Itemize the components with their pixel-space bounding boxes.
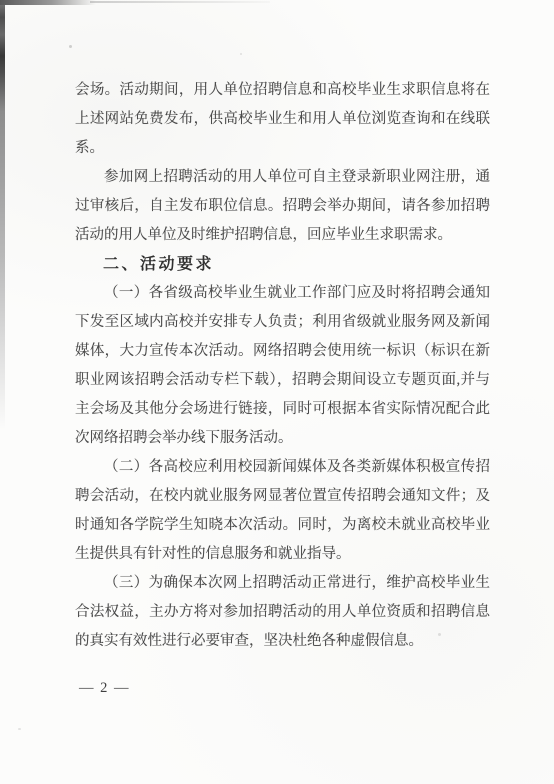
paragraph: （二）各高校应利用校园新闻媒体及各类新媒体积极宣传招聘会活动，在校内就业服务网显…: [75, 453, 490, 569]
scan-speck: [240, 53, 242, 55]
scan-speck: [438, 633, 441, 636]
scan-edge-artifact-top: [0, 0, 96, 5]
scan-edge-artifact-left: [0, 0, 5, 430]
text-line: 主会场及其他分会场进行链接，同时可根据本省实际情况配合此: [75, 395, 490, 424]
text-line: 次网络招聘会举办线下服务活动。: [75, 424, 490, 453]
text-line: 过审核后，自主发布职位信息。招聘会举办期间，请各参加招聘: [75, 192, 490, 221]
paragraph: （一）各省级高校毕业生就业工作部门应及时将招聘会通知下发至区域内高校并安排专人负…: [75, 279, 490, 453]
text-line: 活动的用人单位及时维护招聘信息，回应毕业生求职需求。: [75, 221, 490, 250]
paragraph: 参加网上招聘活动的用人单位可自主登录新职业网注册，通过审核后，自主发布职位信息。…: [75, 163, 490, 250]
scan-speck: [18, 728, 21, 730]
text-line: 合法权益，主办方将对参加招聘活动的用人单位资质和招聘信息: [75, 598, 490, 627]
paragraph: （三）为确保本次网上招聘活动正常进行，维护高校毕业生合法权益，主办方将对参加招聘…: [75, 569, 490, 656]
document-text-block: 会场。活动期间，用人单位招聘信息和高校毕业生求职信息将在上述网站免费发布，供高校…: [75, 76, 490, 656]
text-line: 上述网站免费发布，供高校毕业生和用人单位浏览查询和在线联: [75, 105, 490, 134]
text-line: 生提供具有针对性的信息服务和就业指导。: [75, 540, 490, 569]
text-line: 职业网该招聘会活动专栏下载），招聘会期间设立专题页面,并与: [75, 366, 490, 395]
text-line: 的真实有效性进行必要审查，坚决杜绝各种虚假信息。: [75, 627, 490, 656]
text-line: （三）为确保本次网上招聘活动正常进行，维护高校毕业生: [75, 569, 490, 598]
text-line: 参加网上招聘活动的用人单位可自主登录新职业网注册，通: [75, 163, 490, 192]
text-line: 媒体，大力宣传本次活动。网络招聘会使用统一标识（标识在新: [75, 337, 490, 366]
heading-text: 二、活动要求: [75, 250, 490, 279]
scan-speck: [69, 45, 72, 48]
text-line: 下发至区域内高校并安排专人负责；利用省级就业服务网及新闻: [75, 308, 490, 337]
text-line: （二）各高校应利用校园新闻媒体及各类新媒体积极宣传招: [75, 453, 490, 482]
text-line: 系。: [75, 134, 490, 163]
section-heading: 二、活动要求: [75, 250, 490, 279]
text-line: 会场。活动期间，用人单位招聘信息和高校毕业生求职信息将在: [75, 76, 490, 105]
scan-edge-artifact-top-extension: [90, 1, 270, 3]
text-line: 时通知各学院学生知晓本次活动。同时，为离校未就业高校毕业: [75, 511, 490, 540]
paragraph: 会场。活动期间，用人单位招聘信息和高校毕业生求职信息将在上述网站免费发布，供高校…: [75, 76, 490, 163]
page-number: — 2 —: [79, 680, 130, 697]
text-line: 聘会活动，在校内就业服务网显著位置宣传招聘会通知文件；及: [75, 482, 490, 511]
scanned-document-page: 会场。活动期间，用人单位招聘信息和高校毕业生求职信息将在上述网站免费发布，供高校…: [0, 0, 554, 784]
text-line: （一）各省级高校毕业生就业工作部门应及时将招聘会通知: [75, 279, 490, 308]
